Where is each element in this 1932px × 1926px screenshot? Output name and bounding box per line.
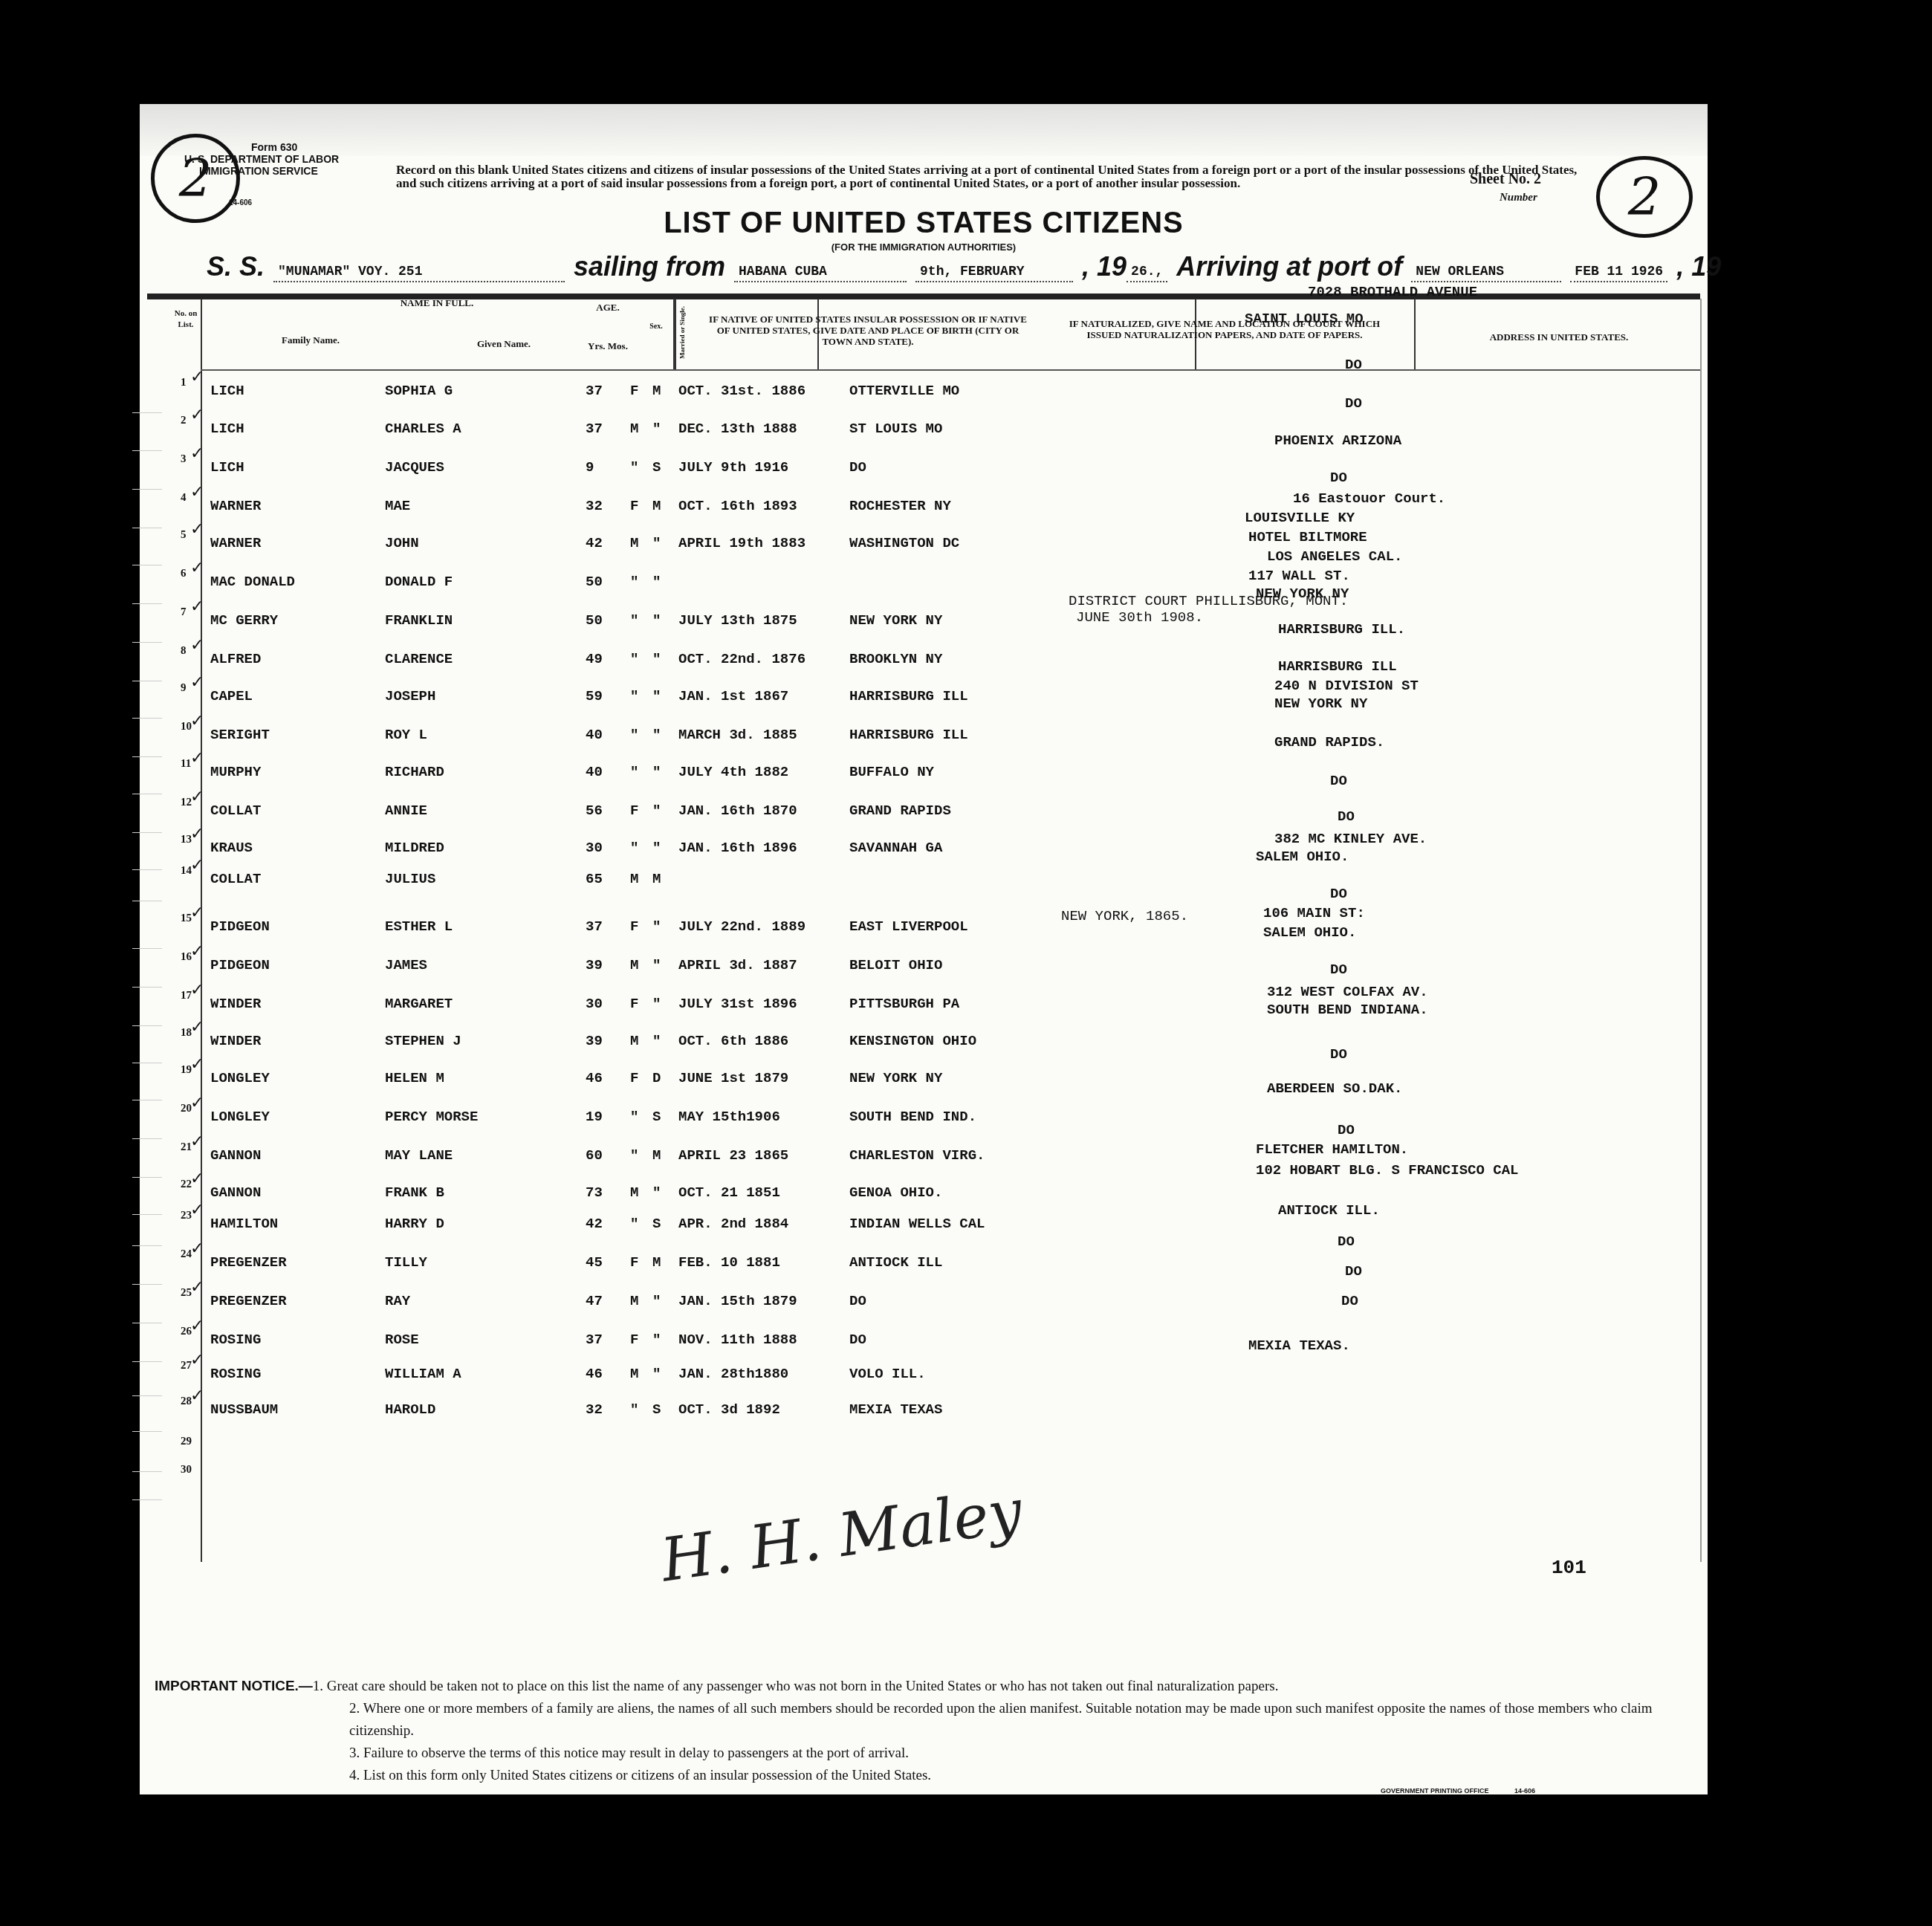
sex: " bbox=[630, 688, 638, 704]
age: 19 bbox=[586, 1109, 603, 1125]
sex: M bbox=[630, 535, 638, 551]
row-tick bbox=[132, 681, 162, 681]
table-row: 18WINDERSTEPHEN J39M"OCT. 6th 1886KENSIN… bbox=[140, 1033, 1708, 1066]
row-number: 6 bbox=[181, 568, 187, 580]
sex: M bbox=[630, 421, 638, 437]
sex: M bbox=[630, 1293, 638, 1309]
given-name: ANNIE bbox=[385, 802, 427, 819]
given-name: JOSEPH bbox=[385, 688, 435, 704]
address-line: HOTEL BILTMORE bbox=[1248, 529, 1367, 545]
table-row: 14COLLATJULIUS65MM✓ bbox=[140, 871, 1708, 904]
table-row: 27ROSINGWILLIAM A46M"JAN. 28th1880VOLO I… bbox=[140, 1366, 1708, 1398]
table-row: 8ALFREDCLARENCE49""OCT. 22nd. 1876BROOKL… bbox=[140, 651, 1708, 684]
birth-date: OCT. 6th 1886 bbox=[678, 1033, 788, 1049]
table-row: 1LICHSOPHIA G37FMOCT. 31st. 1886OTTERVIL… bbox=[140, 383, 1708, 415]
naturalization-court: DISTRICT COURT PHILLISBURG, MONT. bbox=[1069, 593, 1348, 609]
address-line: GRAND RAPIDS. bbox=[1274, 734, 1384, 750]
check-mark-icon: ✓ bbox=[190, 942, 204, 961]
given-name: TILLY bbox=[385, 1254, 427, 1271]
family-name: KRAUS bbox=[210, 840, 253, 856]
header-yrs-mos: Yrs. Mos. bbox=[563, 340, 652, 351]
marital-status: " bbox=[652, 1033, 661, 1049]
sex: F bbox=[630, 802, 638, 819]
marital-status: " bbox=[652, 1332, 661, 1348]
header-address: ADDRESS IN UNITED STATES. bbox=[1425, 331, 1693, 343]
birth-place: VOLO ILL. bbox=[849, 1366, 926, 1382]
marital-status: " bbox=[652, 840, 661, 856]
address-line: SOUTH BEND INDIANA. bbox=[1267, 1002, 1428, 1018]
sex: " bbox=[630, 764, 638, 780]
row-number: 1 bbox=[181, 377, 187, 389]
address-line: DO bbox=[1330, 773, 1347, 789]
family-name: COLLAT bbox=[210, 802, 261, 819]
address-line: 102 HOBART BLG. S FRANCISCO CAL bbox=[1256, 1162, 1518, 1178]
birth-place: ANTIOCK ILL bbox=[849, 1254, 942, 1271]
marital-status: " bbox=[652, 1184, 661, 1201]
row-tick bbox=[132, 489, 162, 490]
marital-status: " bbox=[652, 574, 661, 590]
printer-mark: GOVERNMENT PRINTING OFFICE bbox=[1381, 1787, 1489, 1794]
address-line: DO bbox=[1345, 357, 1362, 373]
check-mark-icon: ✓ bbox=[190, 636, 204, 655]
table-row: 19LONGLEYHELEN M46FDJUNE 1st 1879NEW YOR… bbox=[140, 1070, 1708, 1103]
birth-place: GRAND RAPIDS bbox=[849, 802, 951, 819]
check-mark-icon: ✓ bbox=[190, 673, 204, 692]
birth-date: JUNE 1st 1879 bbox=[678, 1070, 788, 1086]
given-name: HELEN M bbox=[385, 1070, 444, 1086]
address-line: MEXIA TEXAS. bbox=[1248, 1337, 1350, 1354]
age: 73 bbox=[586, 1184, 603, 1201]
sex: " bbox=[630, 840, 638, 856]
row-tick bbox=[132, 794, 162, 794]
row-number: 29 bbox=[181, 1436, 192, 1448]
naturalization-entry: NEW YORK, 1865. bbox=[1061, 908, 1188, 924]
sex: M bbox=[630, 1033, 638, 1049]
address-line: FLETCHER HAMILTON. bbox=[1256, 1141, 1408, 1158]
address-line: 382 MC KINLEY AVE. bbox=[1274, 831, 1427, 847]
birth-place: NEW YORK NY bbox=[849, 612, 942, 629]
table-row: 6MAC DONALDDONALD F50""✓ bbox=[140, 574, 1708, 606]
sex: " bbox=[630, 574, 638, 590]
sex: F bbox=[630, 1254, 638, 1271]
birth-date: DEC. 13th 1888 bbox=[678, 421, 797, 437]
sex: " bbox=[630, 1109, 638, 1125]
birth-date: JAN. 28th1880 bbox=[678, 1366, 788, 1382]
origin-port: HABANA CUBA bbox=[734, 265, 907, 282]
row-tick bbox=[132, 948, 162, 949]
check-mark-icon: ✓ bbox=[190, 1018, 204, 1037]
table-row: 20LONGLEYPERCY MORSE19"SMAY 15th1906SOUT… bbox=[140, 1109, 1708, 1141]
row-tick bbox=[132, 565, 162, 565]
given-name: JAMES bbox=[385, 957, 427, 973]
birth-date: JULY 4th 1882 bbox=[678, 764, 788, 780]
sailing-from-label: sailing from bbox=[574, 251, 725, 282]
row-tick bbox=[132, 1361, 162, 1362]
check-mark-icon: ✓ bbox=[190, 559, 204, 577]
check-mark-icon: ✓ bbox=[190, 981, 204, 999]
birth-date: NOV. 11th 1888 bbox=[678, 1332, 797, 1348]
naturalization-court: NEW YORK, 1865. bbox=[1061, 908, 1188, 924]
birth-place: KENSINGTON OHIO bbox=[849, 1033, 976, 1049]
row-tick bbox=[132, 1395, 162, 1396]
check-mark-icon: ✓ bbox=[190, 904, 204, 922]
row-tick bbox=[132, 1138, 162, 1139]
table-row: 23HAMILTONHARRY D42"SAPR. 2nd 1884INDIAN… bbox=[140, 1216, 1708, 1248]
address-line: SAINT LOUIS MO bbox=[1245, 311, 1364, 327]
age: 37 bbox=[586, 383, 603, 399]
address-line: SALEM OHIO. bbox=[1263, 924, 1356, 941]
row-tick bbox=[132, 642, 162, 643]
given-name: STEPHEN J bbox=[385, 1033, 461, 1049]
birth-place: DO bbox=[849, 1332, 866, 1348]
family-name: COLLAT bbox=[210, 871, 261, 887]
marital-status: " bbox=[652, 612, 661, 629]
address-line: DO bbox=[1330, 962, 1347, 978]
table-row: 22GANNONFRANK B73M"OCT. 21 1851GENOA OHI… bbox=[140, 1184, 1708, 1217]
row-number: 3 bbox=[181, 453, 187, 466]
page-subtitle: (FOR THE IMMIGRATION AUTHORITIES) bbox=[140, 241, 1708, 253]
row-number: 5 bbox=[181, 529, 187, 542]
sex: " bbox=[630, 612, 638, 629]
given-name: MAY LANE bbox=[385, 1147, 453, 1164]
column-rule bbox=[673, 299, 675, 369]
birth-date: APR. 2nd 1884 bbox=[678, 1216, 788, 1232]
birth-place: EAST LIVERPOOL bbox=[849, 918, 968, 935]
given-name: FRANK B bbox=[385, 1184, 444, 1201]
check-mark-icon: ✓ bbox=[190, 520, 204, 539]
notice-lead: IMPORTANT NOTICE.— bbox=[155, 1679, 313, 1694]
birth-place: DO bbox=[849, 1293, 866, 1309]
birth-place: OTTERVILLE MO bbox=[849, 383, 959, 399]
table-row: 5WARNERJOHN42M"APRIL 19th 1883WASHINGTON… bbox=[140, 535, 1708, 568]
birth-place: BROOKLYN NY bbox=[849, 651, 942, 667]
marital-status: " bbox=[652, 764, 661, 780]
marital-status: S bbox=[652, 459, 661, 476]
year-prefix-2: , 19 bbox=[1676, 251, 1721, 282]
birth-date: OCT. 16th 1893 bbox=[678, 498, 797, 514]
row-tick bbox=[132, 901, 162, 901]
naturalization-date: JUNE 30th 1908. bbox=[1069, 609, 1348, 626]
given-name: HAROLD bbox=[385, 1401, 435, 1418]
form-code-footer: 14-606 bbox=[1514, 1787, 1535, 1794]
row-tick bbox=[132, 987, 162, 988]
sex: F bbox=[630, 996, 638, 1012]
notice-item: 3. Failure to observe the terms of this … bbox=[155, 1742, 1700, 1765]
sex: " bbox=[630, 1216, 638, 1232]
row-tick bbox=[132, 603, 162, 604]
given-name: JULIUS bbox=[385, 871, 435, 887]
marital-status: " bbox=[652, 918, 661, 935]
age: 40 bbox=[586, 764, 603, 780]
age: 49 bbox=[586, 651, 603, 667]
birth-place: ROCHESTER NY bbox=[849, 498, 951, 514]
birth-date: OCT. 31st. 1886 bbox=[678, 383, 805, 399]
notice-item: 4. List on this form only United States … bbox=[155, 1765, 1700, 1787]
header-age: AGE. bbox=[571, 302, 645, 313]
birth-date: JULY 9th 1916 bbox=[678, 459, 788, 476]
marital-status: M bbox=[652, 383, 661, 399]
header-sex: Sex. bbox=[641, 321, 671, 332]
given-name: ROY L bbox=[385, 727, 427, 743]
birth-date: APRIL 3d. 1887 bbox=[678, 957, 797, 973]
age: 39 bbox=[586, 957, 603, 973]
check-mark-icon: ✓ bbox=[190, 1055, 204, 1074]
family-name: PREGENZER bbox=[210, 1293, 287, 1309]
row-tick bbox=[132, 869, 162, 870]
birth-date: JULY 13th 1875 bbox=[678, 612, 797, 629]
form-number: Form 630 bbox=[184, 141, 339, 153]
arrival-date-stamp: FEB 11 1926 bbox=[1570, 265, 1667, 282]
header-name-in-full: NAME IN FULL. bbox=[348, 297, 526, 308]
given-name: ESTHER L bbox=[385, 918, 453, 935]
important-notice: IMPORTANT NOTICE.—1. Great care should b… bbox=[155, 1676, 1700, 1787]
birth-place: CHARLESTON VIRG. bbox=[849, 1147, 985, 1164]
check-mark-icon: ✓ bbox=[190, 1278, 204, 1297]
sex: M bbox=[630, 871, 638, 887]
birth-place: DO bbox=[849, 459, 866, 476]
given-name: JACQUES bbox=[385, 459, 444, 476]
marital-status: " bbox=[652, 727, 661, 743]
birth-place: BUFFALO NY bbox=[849, 764, 934, 780]
header-married-single: Married or Single. bbox=[677, 303, 688, 363]
given-name: FRANKLIN bbox=[385, 612, 453, 629]
arriving-label: Arriving at port of bbox=[1176, 251, 1402, 282]
check-mark-icon: ✓ bbox=[190, 1317, 204, 1335]
check-mark-icon: ✓ bbox=[190, 1239, 204, 1258]
circled-mark-right-text: 2 bbox=[1628, 166, 1662, 227]
birth-date: JAN. 1st 1867 bbox=[678, 688, 788, 704]
family-name: MC GERRY bbox=[210, 612, 278, 629]
header-given-name: Given Name. bbox=[437, 338, 571, 349]
family-name: GANNON bbox=[210, 1184, 261, 1201]
table-row: 24PREGENZERTILLY45FMFEB. 10 1881ANTIOCK … bbox=[140, 1254, 1708, 1287]
birth-date: OCT. 3d 1892 bbox=[678, 1401, 780, 1418]
family-name: LICH bbox=[210, 459, 244, 476]
marital-status: " bbox=[652, 421, 661, 437]
sex: F bbox=[630, 1332, 638, 1348]
row-number: 30 bbox=[181, 1464, 192, 1476]
check-mark-icon: ✓ bbox=[190, 406, 204, 424]
age: 50 bbox=[586, 612, 603, 629]
row-number: 4 bbox=[181, 492, 187, 505]
age: 50 bbox=[586, 574, 603, 590]
birth-place: GENOA OHIO. bbox=[849, 1184, 942, 1201]
birth-date: JULY 31st 1896 bbox=[678, 996, 797, 1012]
service-name: IMMIGRATION SERVICE bbox=[184, 165, 339, 177]
check-mark-icon: ✓ bbox=[190, 1132, 204, 1151]
family-name: LONGLEY bbox=[210, 1109, 270, 1125]
sex: M bbox=[630, 957, 638, 973]
birth-place: PITTSBURGH PA bbox=[849, 996, 959, 1012]
family-name: CAPEL bbox=[210, 688, 253, 704]
sex: M bbox=[630, 1366, 638, 1382]
marital-status: M bbox=[652, 1147, 661, 1164]
address-line: DO bbox=[1345, 1263, 1362, 1280]
given-name: CLARENCE bbox=[385, 651, 453, 667]
marital-status: " bbox=[652, 802, 661, 819]
ship-name: "MUNAMAR" VOY. 251 bbox=[273, 265, 565, 282]
number-label: Number bbox=[1500, 192, 1537, 204]
sex: F bbox=[630, 383, 638, 399]
table-row: 11MURPHYRICHARD40""JULY 4th 1882BUFFALO … bbox=[140, 764, 1708, 797]
birth-date: FEB. 10 1881 bbox=[678, 1254, 780, 1271]
given-name: ROSE bbox=[385, 1332, 419, 1348]
address-line: LOS ANGELES CAL. bbox=[1267, 548, 1402, 565]
age: 47 bbox=[586, 1293, 603, 1309]
marital-status: " bbox=[652, 1293, 661, 1309]
row-number: 7 bbox=[181, 606, 187, 619]
family-name: NUSSBAUM bbox=[210, 1401, 278, 1418]
marital-status: " bbox=[652, 957, 661, 973]
address-line: 117 WALL ST. bbox=[1248, 568, 1350, 584]
age: 40 bbox=[586, 727, 603, 743]
table-row: 17WINDERMARGARET30F"JULY 31st 1896PITTSB… bbox=[140, 996, 1708, 1028]
age: 39 bbox=[586, 1033, 603, 1049]
address-line: NEW YORK NY bbox=[1274, 695, 1367, 712]
family-name: HAMILTON bbox=[210, 1216, 278, 1232]
marital-status: " bbox=[652, 1366, 661, 1382]
birth-date: MARCH 3d. 1885 bbox=[678, 727, 797, 743]
check-mark-icon: ✓ bbox=[190, 368, 204, 386]
family-name: MURPHY bbox=[210, 764, 261, 780]
age: 60 bbox=[586, 1147, 603, 1164]
given-name: MAE bbox=[385, 498, 410, 514]
voyage-line: S. S. "MUNAMAR" VOY. 251 sailing from HA… bbox=[207, 253, 1721, 282]
table-row: 2LICHCHARLES A37M"DEC. 13th 1888ST LOUIS… bbox=[140, 421, 1708, 453]
row-tick bbox=[132, 756, 162, 757]
sex: " bbox=[630, 1401, 638, 1418]
row-tick bbox=[132, 1323, 162, 1323]
age: 37 bbox=[586, 918, 603, 935]
check-mark-icon: ✓ bbox=[190, 1170, 204, 1188]
sex: " bbox=[630, 651, 638, 667]
marital-status: M bbox=[652, 871, 661, 887]
check-mark-icon: ✓ bbox=[190, 1201, 204, 1219]
marital-status: M bbox=[652, 498, 661, 514]
column-rule bbox=[1414, 299, 1416, 369]
ss-label: S. S. bbox=[207, 251, 265, 282]
address-line: DO bbox=[1338, 808, 1355, 825]
age: 30 bbox=[586, 840, 603, 856]
family-name: ALFRED bbox=[210, 651, 261, 667]
page-number: 101 bbox=[1552, 1557, 1586, 1579]
check-mark-icon: ✓ bbox=[190, 1094, 204, 1112]
address-line: 7028 BROTHALD AVENUE bbox=[1308, 284, 1477, 300]
arrival-port: NEW ORLEANS bbox=[1411, 265, 1561, 282]
check-mark-icon: ✓ bbox=[190, 856, 204, 875]
row-tick bbox=[132, 412, 162, 413]
given-name: JOHN bbox=[385, 535, 419, 551]
given-name: WILLIAM A bbox=[385, 1366, 461, 1382]
header-birth: IF NATIVE OF UNITED STATES INSULAR POSSE… bbox=[708, 314, 1028, 347]
sex: M bbox=[630, 1184, 638, 1201]
family-name: MAC DONALD bbox=[210, 574, 295, 590]
age: 56 bbox=[586, 802, 603, 819]
family-name: WARNER bbox=[210, 535, 261, 551]
address-line: HARRISBURG ILL bbox=[1278, 658, 1397, 675]
notice-item: 1. Great care should be taken not to pla… bbox=[313, 1679, 1279, 1694]
birth-place: SAVANNAH GA bbox=[849, 840, 942, 856]
birth-date: MAY 15th1906 bbox=[678, 1109, 780, 1125]
instructions: Record on this blank United States citiz… bbox=[396, 163, 1585, 190]
row-tick bbox=[132, 1025, 162, 1026]
table-row: 4WARNERMAE32FMOCT. 16th 1893ROCHESTER NY… bbox=[140, 498, 1708, 531]
birth-place: HARRISBURG ILL bbox=[849, 688, 968, 704]
age: 45 bbox=[586, 1254, 603, 1271]
family-name: SERIGHT bbox=[210, 727, 270, 743]
family-name: PIDGEON bbox=[210, 957, 270, 973]
family-name: ROSING bbox=[210, 1366, 261, 1382]
age: 59 bbox=[586, 688, 603, 704]
age: 46 bbox=[586, 1366, 603, 1382]
birth-place: MEXIA TEXAS bbox=[849, 1401, 942, 1418]
sailing-date: 9th, FEBRUARY bbox=[915, 265, 1073, 282]
age: 32 bbox=[586, 1401, 603, 1418]
family-name: WARNER bbox=[210, 498, 261, 514]
naturalization-entry: DISTRICT COURT PHILLISBURG, MONT. JUNE 3… bbox=[1069, 593, 1348, 626]
family-name: LICH bbox=[210, 383, 244, 399]
check-mark-icon: ✓ bbox=[190, 825, 204, 843]
marital-status: D bbox=[652, 1070, 661, 1086]
address-line: PHOENIX ARIZONA bbox=[1274, 432, 1401, 449]
table-row: 16PIDGEONJAMES39M"APRIL 3d. 1887BELOIT O… bbox=[140, 957, 1708, 990]
marital-status: " bbox=[652, 688, 661, 704]
row-tick bbox=[132, 528, 162, 528]
marital-status: " bbox=[652, 651, 661, 667]
check-mark-icon: ✓ bbox=[190, 1387, 204, 1405]
form-header-block: Form 630 U. S. DEPARTMENT OF LABOR IMMIG… bbox=[184, 141, 339, 210]
family-name: WINDER bbox=[210, 996, 261, 1012]
given-name: MARGARET bbox=[385, 996, 453, 1012]
given-name: CHARLES A bbox=[385, 421, 461, 437]
row-tick bbox=[132, 1214, 162, 1215]
given-name: SOPHIA G bbox=[385, 383, 453, 399]
address-line: 240 N DIVISION ST bbox=[1274, 678, 1419, 694]
check-mark-icon: ✓ bbox=[190, 483, 204, 502]
row-tick bbox=[132, 832, 162, 833]
table-row: 9CAPELJOSEPH59""JAN. 1st 1867HARRISBURG … bbox=[140, 688, 1708, 721]
check-mark-icon: ✓ bbox=[190, 1351, 204, 1369]
given-name: DONALD F bbox=[385, 574, 453, 590]
row-number: 8 bbox=[181, 645, 187, 658]
age: 42 bbox=[586, 1216, 603, 1232]
header-no-on-list: No. on List. bbox=[171, 308, 201, 331]
birth-date: OCT. 21 1851 bbox=[678, 1184, 780, 1201]
birth-place: BELOIT OHIO bbox=[849, 957, 942, 973]
address-line: DO bbox=[1330, 1046, 1347, 1063]
sex: " bbox=[630, 459, 638, 476]
birth-place: WASHINGTON DC bbox=[849, 535, 959, 551]
given-name: RICHARD bbox=[385, 764, 444, 780]
birth-date: JAN. 16th 1870 bbox=[678, 802, 797, 819]
sex: F bbox=[630, 1070, 638, 1086]
sex: " bbox=[630, 727, 638, 743]
birth-date: JULY 22nd. 1889 bbox=[678, 918, 805, 935]
table-row: 10SERIGHTROY L40""MARCH 3d. 1885HARRISBU… bbox=[140, 727, 1708, 759]
header-family-name: Family Name. bbox=[244, 334, 377, 346]
table-row: 15PIDGEONESTHER L37F"JULY 22nd. 1889EAST… bbox=[140, 918, 1708, 951]
address-line: 16 Eastouor Court. bbox=[1293, 490, 1445, 507]
birth-place: HARRISBURG ILL bbox=[849, 727, 968, 743]
sex: " bbox=[630, 1147, 638, 1164]
sex: F bbox=[630, 918, 638, 935]
birth-date: JAN. 15th 1879 bbox=[678, 1293, 797, 1309]
address-line: LOUISVILLE KY bbox=[1245, 510, 1355, 526]
sheet-number: Sheet No. 2 bbox=[1470, 171, 1541, 188]
table-row: 26ROSINGROSE37F"NOV. 11th 1888DO✓ bbox=[140, 1332, 1708, 1364]
family-name: PIDGEON bbox=[210, 918, 270, 935]
marital-status: S bbox=[652, 1401, 661, 1418]
